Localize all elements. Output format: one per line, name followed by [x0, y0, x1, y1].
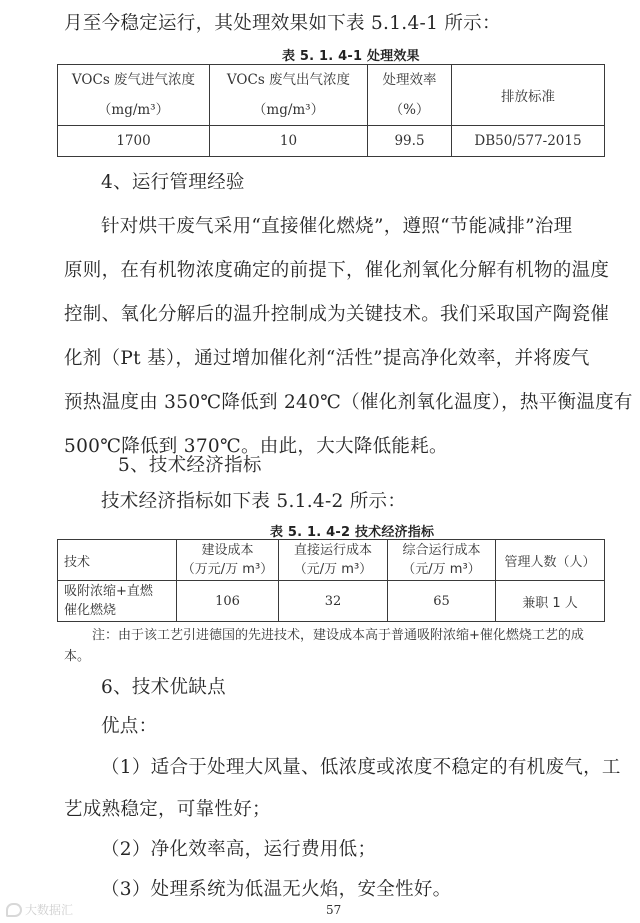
watermark-logo-icon	[6, 903, 22, 917]
intro-paragraph: 月至今稳定运行，其处理效果如下表 5.1.4-1 所示：	[64, 9, 501, 35]
table-header-row: VOCs 废气进气浓度 （mg/m³） VOCs 废气出气浓度 （mg/m³） …	[58, 65, 605, 126]
economic-indicators-table: 技术 建设成本 （万元/万 m³） 直接运行成本 （元/万 m³） 综合运行成本…	[57, 539, 605, 622]
cell-staff: 兼职 1 人	[496, 581, 605, 622]
table-row: 吸附浓缩+直燃 催化燃烧 106 32 65 兼职 1 人	[58, 581, 605, 622]
advantages-heading: 优点：	[101, 712, 157, 738]
header-cell-total-cost: 综合运行成本 （元/万 m³）	[388, 540, 496, 581]
cell-standard-value: DB50/577-2015	[452, 126, 605, 157]
header-cell-standard: 排放标准	[452, 65, 605, 126]
section4-heading: 4、运行管理经验	[101, 168, 245, 194]
section4-line-3: 控制、氧化分解后的温升控制成为关键技术。我们采取国产陶瓷催	[64, 300, 609, 326]
header-cell-technology: 技术	[58, 540, 177, 581]
section4-line-5: 预热温度由 350℃降低到 240℃（催化剂氧化温度），热平衡温度有	[64, 388, 633, 414]
section6-heading: 6、技术优缺点	[101, 673, 226, 699]
advantage-item-3: （3）处理系统为低温无火焰，安全性好。	[101, 875, 451, 901]
cell-outlet-value: 10	[210, 126, 368, 157]
cell-build-cost: 106	[177, 581, 279, 622]
section4-line-2: 原则，在有机物浓度确定的前提下，催化剂氧化分解有机物的温度	[64, 256, 609, 282]
cell-efficiency-value: 99.5	[368, 126, 452, 157]
cell-total-cost: 65	[388, 581, 496, 622]
table1-caption: 表 5. 1. 4-1 处理效果	[282, 45, 420, 64]
section5-intro: 技术经济指标如下表 5.1.4-2 所示：	[101, 487, 406, 513]
page-number: 57	[326, 903, 341, 917]
watermark: 大数据汇	[6, 901, 73, 918]
advantage-item-1-cont: 艺成熟稳定，可靠性好；	[64, 795, 271, 821]
cell-direct-cost: 32	[279, 581, 388, 622]
section4-line-4: 化剂（Pt 基），通过增加催化剂“活性”提高净化效率，并将废气	[64, 344, 590, 370]
advantage-item-1: （1）适合于处理大风量、低浓度或浓度不稳定的有机废气，工	[101, 753, 621, 779]
header-cell-direct-cost: 直接运行成本 （元/万 m³）	[279, 540, 388, 581]
cell-inlet-value: 1700	[58, 126, 210, 157]
table2-note-line-1: 注：由于该工艺引进德国的先进技术，建设成本高于普通吸附浓缩+催化燃烧工艺的成	[92, 624, 584, 643]
table-header-row: 技术 建设成本 （万元/万 m³） 直接运行成本 （元/万 m³） 综合运行成本…	[58, 540, 605, 581]
header-cell-staff: 管理人数（人）	[496, 540, 605, 581]
header-cell-build-cost: 建设成本 （万元/万 m³）	[177, 540, 279, 581]
table2-caption: 表 5. 1. 4-2 技术经济指标	[270, 521, 434, 540]
watermark-text: 大数据汇	[25, 901, 73, 918]
section4-line-1: 针对烘干废气采用“直接催化燃烧”，遵照“节能减排”治理	[101, 212, 572, 238]
header-cell-efficiency: 处理效率 （%）	[368, 65, 452, 126]
header-cell-inlet: VOCs 废气进气浓度 （mg/m³）	[58, 65, 210, 126]
advantage-item-2: （2）净化效率高，运行费用低；	[101, 835, 376, 861]
header-cell-outlet: VOCs 废气出气浓度 （mg/m³）	[210, 65, 368, 126]
cell-technology: 吸附浓缩+直燃 催化燃烧	[58, 581, 177, 622]
section5-heading: 5、技术经济指标	[118, 451, 262, 477]
table-row: 1700 10 99.5 DB50/577-2015	[58, 126, 605, 157]
treatment-effect-table: VOCs 废气进气浓度 （mg/m³） VOCs 废气出气浓度 （mg/m³） …	[57, 64, 605, 157]
table2-note-line-2: 本。	[64, 645, 90, 664]
